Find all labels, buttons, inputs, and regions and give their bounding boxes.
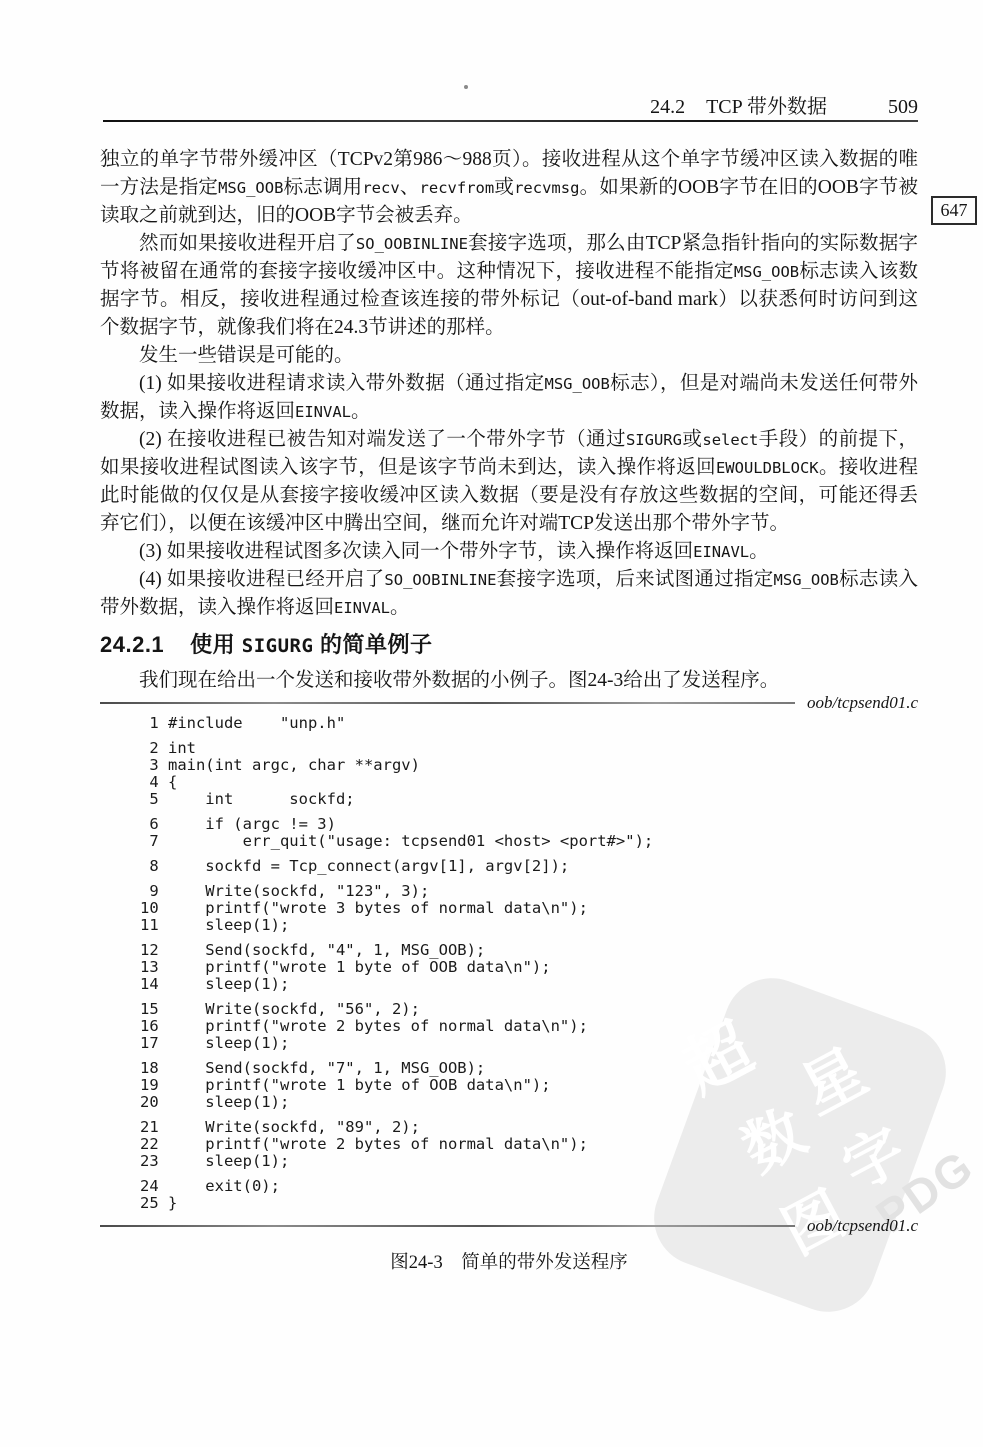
text-run: 。: [351, 401, 371, 422]
subsection-title-code: SIGURG: [242, 635, 314, 657]
text-run: 、: [400, 177, 420, 198]
code-line: 10 printf("wrote 3 bytes of normal data\…: [140, 900, 918, 917]
body-paragraph: (3) 如果接收进程试图多次读入同一个带外字节，读入操作将返回EINAVL。: [100, 538, 918, 566]
code-line-number: 21: [140, 1119, 159, 1136]
code-line-number: 4: [140, 774, 159, 791]
text-run: (1) 如果接收进程请求读入带外数据（通过指定: [139, 373, 545, 394]
code-line: 24 exit(0);: [140, 1178, 918, 1195]
code-line-number: 8: [140, 858, 159, 875]
header-section-number: 24.2: [650, 96, 685, 118]
code-group: 12 Send(sockfd, "4", 1, MSG_OOB);13 prin…: [140, 942, 918, 993]
code-line: 2int: [140, 740, 918, 757]
body-paragraph: 独立的单字节带外缓冲区（TCPv2第986～988页）。接收进程从这个单字节缓冲…: [100, 146, 918, 230]
code-line-number: 12: [140, 942, 159, 959]
inline-code: SO_OOBINLINE: [356, 235, 468, 253]
code-line: 4{: [140, 774, 918, 791]
code-line: 21 Write(sockfd, "89", 2);: [140, 1119, 918, 1136]
code-line-number: 10: [140, 900, 159, 917]
listing-file-label-bottom: oob/tcpsend01.c: [807, 1216, 918, 1236]
code-line: 5 int sockfd;: [140, 791, 918, 808]
body-paragraph: (4) 如果接收进程已经开启了SO_OOBINLINE套接字选项，后来试图通过指…: [100, 566, 918, 622]
book-page: 超星数字图 PDG 24.2 TCP 带外数据 509 647 独立的单字节带外…: [0, 0, 983, 1447]
code-source: Write(sockfd, "123", 3);: [168, 882, 429, 900]
code-line-number: 13: [140, 959, 159, 976]
code-line-number: 23: [140, 1153, 159, 1170]
code-line: 18 Send(sockfd, "7", 1, MSG_OOB);: [140, 1060, 918, 1077]
code-source: printf("wrote 2 bytes of normal data\n")…: [168, 1135, 588, 1153]
code-source: sleep(1);: [168, 1034, 289, 1052]
code-line-number: 6: [140, 816, 159, 833]
code-source: int sockfd;: [168, 790, 355, 808]
inline-code: EINAVL: [693, 543, 749, 561]
text-run: (3) 如果接收进程试图多次读入同一个带外字节，读入操作将返回: [139, 541, 693, 562]
code-source: printf("wrote 1 byte of OOB data\n");: [168, 958, 551, 976]
inline-code: MSG_OOB: [218, 179, 283, 197]
code-line-number: 16: [140, 1018, 159, 1035]
body-paragraph: 发生一些错误是可能的。: [100, 342, 918, 370]
text-run: 。: [749, 541, 769, 562]
code-line: 7 err_quit("usage: tcpsend01 <host> <por…: [140, 833, 918, 850]
intro-paragraph: 我们现在给出一个发送和接收带外数据的小例子。图24-3给出了发送程序。: [100, 667, 918, 695]
body-paragraph: (1) 如果接收进程请求读入带外数据（通过指定MSG_OOB标志），但是对端尚未…: [100, 370, 918, 426]
code-group: 2int3main(int argc, char **argv)4{5 int …: [140, 740, 918, 808]
body-paragraph: (2) 在接收进程已被告知对端发送了一个带外字节（通过SIGURG或select…: [100, 426, 918, 538]
code-line-number: 3: [140, 757, 159, 774]
code-source: printf("wrote 1 byte of OOB data\n");: [168, 1076, 551, 1094]
figure-caption: 图24-3 简单的带外发送程序: [100, 1248, 918, 1274]
text-run: (2) 在接收进程已被告知对端发送了一个带外字节（通过: [139, 429, 626, 450]
header-rule: [103, 120, 918, 122]
header-section-title: TCP 带外数据: [706, 96, 827, 118]
text-run: (4) 如果接收进程已经开启了: [139, 569, 384, 590]
code-source: int: [168, 739, 196, 757]
code-line-number: 5: [140, 791, 159, 808]
text-run: 或: [682, 429, 702, 450]
code-line: 13 printf("wrote 1 byte of OOB data\n");: [140, 959, 918, 976]
inline-code: SO_OOBINLINE: [384, 571, 496, 589]
code-line-number: 1: [140, 715, 159, 732]
text-run: 标志调用: [283, 177, 362, 198]
header-page-number: 509: [888, 96, 918, 118]
code-line: 9 Write(sockfd, "123", 3);: [140, 883, 918, 900]
code-source: Send(sockfd, "7", 1, MSG_OOB);: [168, 1059, 485, 1077]
inline-code: MSG_OOB: [774, 571, 839, 589]
code-group: 9 Write(sockfd, "123", 3);10 printf("wro…: [140, 883, 918, 934]
code-group: 6 if (argc != 3)7 err_quit("usage: tcpse…: [140, 816, 918, 850]
code-source: Write(sockfd, "89", 2);: [168, 1118, 420, 1136]
code-source: sleep(1);: [168, 916, 289, 934]
code-line: 23 sleep(1);: [140, 1153, 918, 1170]
code-listing: 1#include "unp.h"2int3main(int argc, cha…: [140, 715, 918, 1212]
running-header: 24.2 TCP 带外数据 509: [100, 90, 918, 119]
inline-code: EINVAL: [295, 403, 351, 421]
code-source: sleep(1);: [168, 975, 289, 993]
code-source: Write(sockfd, "56", 2);: [168, 1000, 420, 1018]
text-run: 发生一些错误是可能的。: [139, 345, 354, 366]
code-source: printf("wrote 3 bytes of normal data\n")…: [168, 899, 588, 917]
code-line: 6 if (argc != 3): [140, 816, 918, 833]
subsection-heading: 24.2.1使用 SIGURG 的简单例子: [100, 632, 918, 659]
code-line: 11 sleep(1);: [140, 917, 918, 934]
code-source: err_quit("usage: tcpsend01 <host> <port#…: [168, 832, 653, 850]
code-group: 8 sockfd = Tcp_connect(argv[1], argv[2])…: [140, 858, 918, 875]
code-line: 15 Write(sockfd, "56", 2);: [140, 1001, 918, 1018]
code-line: 22 printf("wrote 2 bytes of normal data\…: [140, 1136, 918, 1153]
subsection-title-pre: 使用: [190, 632, 242, 657]
margin-page-number-box: 647: [931, 196, 977, 225]
listing-file-label-top: oob/tcpsend01.c: [807, 693, 918, 713]
code-source: exit(0);: [168, 1177, 280, 1195]
body-text: 独立的单字节带外缓冲区（TCPv2第986～988页）。接收进程从这个单字节缓冲…: [100, 146, 918, 622]
code-line-number: 15: [140, 1001, 159, 1018]
code-line: 19 printf("wrote 1 byte of OOB data\n");: [140, 1077, 918, 1094]
code-group: 15 Write(sockfd, "56", 2);16 printf("wro…: [140, 1001, 918, 1052]
code-line-number: 24: [140, 1178, 159, 1195]
code-source: #include "unp.h": [168, 714, 345, 732]
code-line-number: 18: [140, 1060, 159, 1077]
inline-code: recv: [362, 179, 399, 197]
code-source: {: [168, 773, 177, 791]
code-line: 8 sockfd = Tcp_connect(argv[1], argv[2])…: [140, 858, 918, 875]
inline-code: MSG_OOB: [545, 375, 610, 393]
inline-code: MSG_OOB: [734, 263, 799, 281]
code-source: sleep(1);: [168, 1093, 289, 1111]
listing-rule-bottom: oob/tcpsend01.c: [100, 1218, 918, 1234]
code-line: 20 sleep(1);: [140, 1094, 918, 1111]
code-group: 1#include "unp.h": [140, 715, 918, 732]
inline-code: select: [702, 431, 758, 449]
rule-line: [100, 702, 795, 704]
rule-line: [100, 1225, 795, 1227]
scan-speck: [464, 85, 468, 89]
code-source: }: [168, 1194, 177, 1212]
inline-code: recvfrom: [420, 179, 495, 197]
code-source: if (argc != 3): [168, 815, 336, 833]
code-line: 25}: [140, 1195, 918, 1212]
code-line-number: 25: [140, 1195, 159, 1212]
code-source: sleep(1);: [168, 1152, 289, 1170]
code-line-number: 17: [140, 1035, 159, 1052]
code-source: sockfd = Tcp_connect(argv[1], argv[2]);: [168, 857, 569, 875]
text-run: 。: [390, 597, 410, 618]
code-line-number: 22: [140, 1136, 159, 1153]
inline-code: SIGURG: [626, 431, 682, 449]
inline-code: EINVAL: [334, 599, 390, 617]
text-run: 或: [494, 177, 514, 198]
code-line: 1#include "unp.h": [140, 715, 918, 732]
code-line: 17 sleep(1);: [140, 1035, 918, 1052]
code-source: Send(sockfd, "4", 1, MSG_OOB);: [168, 941, 485, 959]
code-group: 18 Send(sockfd, "7", 1, MSG_OOB);19 prin…: [140, 1060, 918, 1111]
subsection-number: 24.2.1: [100, 632, 164, 657]
code-line-number: 7: [140, 833, 159, 850]
code-line: 3main(int argc, char **argv): [140, 757, 918, 774]
code-line: 16 printf("wrote 2 bytes of normal data\…: [140, 1018, 918, 1035]
body-paragraph: 然而如果接收进程开启了SO_OOBINLINE套接字选项，那么由TCP紧急指针指…: [100, 230, 918, 342]
code-source: printf("wrote 2 bytes of normal data\n")…: [168, 1017, 588, 1035]
code-line-number: 19: [140, 1077, 159, 1094]
code-line-number: 11: [140, 917, 159, 934]
subsection-title-post: 的简单例子: [313, 632, 432, 657]
code-source: main(int argc, char **argv): [168, 756, 420, 774]
text-run: 套接字选项，后来试图通过指定: [496, 569, 773, 590]
code-line-number: 14: [140, 976, 159, 993]
code-line: 12 Send(sockfd, "4", 1, MSG_OOB);: [140, 942, 918, 959]
code-line-number: 9: [140, 883, 159, 900]
code-group: 24 exit(0);25}: [140, 1178, 918, 1212]
listing-rule-top: oob/tcpsend01.c: [100, 695, 918, 711]
text-column: 独立的单字节带外缓冲区（TCPv2第986～988页）。接收进程从这个单字节缓冲…: [100, 146, 918, 1274]
inline-code: recvmsg: [514, 179, 579, 197]
code-line: 14 sleep(1);: [140, 976, 918, 993]
code-group: 21 Write(sockfd, "89", 2);22 printf("wro…: [140, 1119, 918, 1170]
text-run: 然而如果接收进程开启了: [139, 233, 356, 254]
code-line-number: 2: [140, 740, 159, 757]
code-line-number: 20: [140, 1094, 159, 1111]
inline-code: EWOULDBLOCK: [716, 459, 819, 477]
